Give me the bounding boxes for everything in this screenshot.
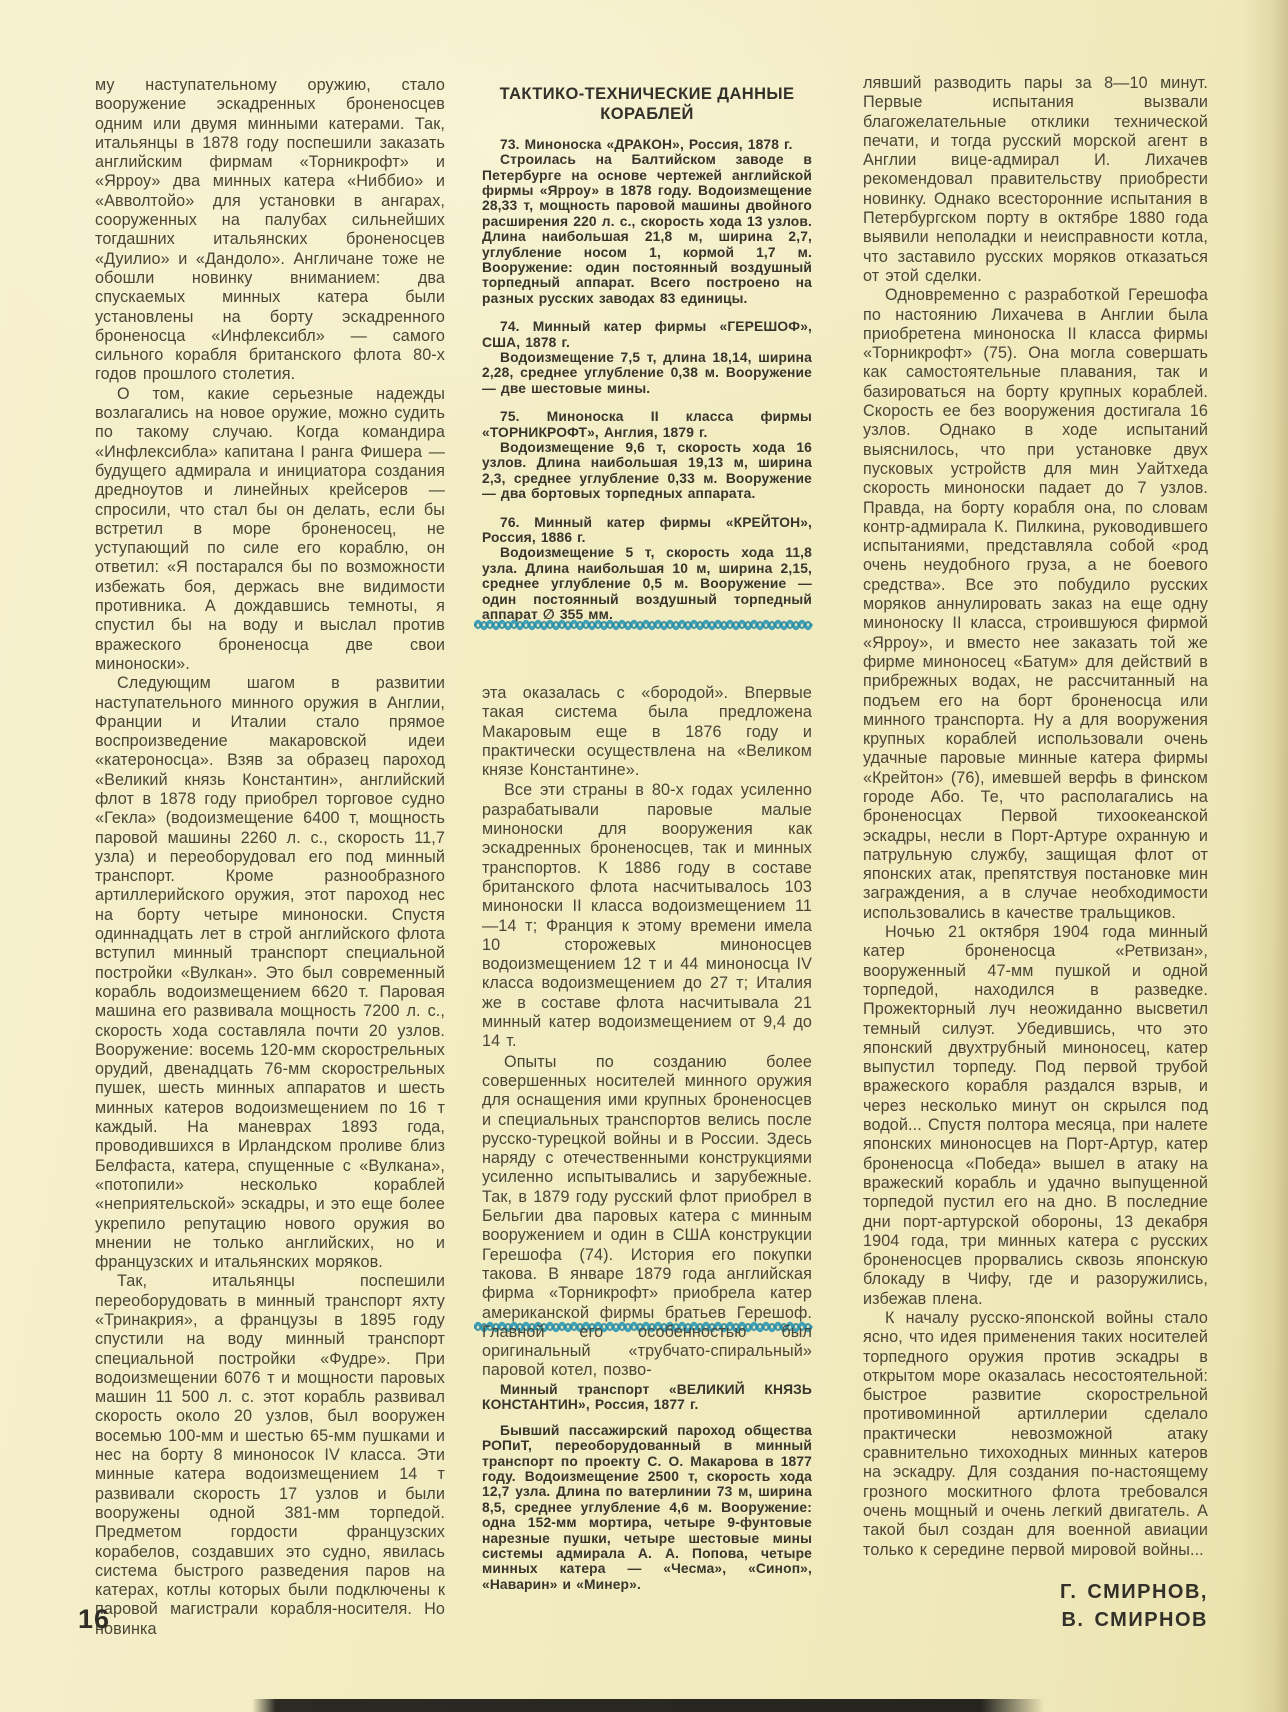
body-paragraph: лявший разводить пары за 8—10 минут. Пер… (863, 74, 1208, 286)
wavy-divider (474, 616, 816, 632)
spec-entry-title: 74. Минный катер фирмы «ГЕРЕШОФ», США, 1… (482, 319, 812, 350)
page-number: 16 (78, 1604, 110, 1635)
ship-spec-entry: 73. Миноноска «ДРАКОН», Россия, 1878 г. … (482, 137, 812, 306)
body-paragraph: му наступательному оружию, стало вооруже… (95, 76, 445, 385)
body-paragraph: Одновременно с разработкой Герешофа по н… (863, 286, 1208, 923)
byline: Г. СМИРНОВ, В. СМИРНОВ (863, 1578, 1208, 1634)
ship-spec-entry: 74. Минный катер фирмы «ГЕРЕШОФ», США, 1… (482, 319, 812, 396)
author-name: В. СМИРНОВ (863, 1606, 1208, 1634)
body-paragraph: К началу русско-японской войны стало ясн… (863, 1309, 1208, 1560)
left-column: му наступательному оружию, стало вооруже… (95, 76, 445, 1639)
ship-feature-title: Минный транспорт «ВЕЛИКИЙ КНЯЗЬ КОНСТАНТ… (482, 1382, 812, 1413)
spec-entry-body: Водоизмещение 7,5 т, длина 18,14, ширина… (482, 350, 812, 396)
ship-spec-entry: 75. Миноноска II класса фирмы «ТОРНИКРОФ… (482, 409, 812, 501)
body-paragraph: О том, какие серьезные надежды возлагали… (95, 385, 445, 674)
spec-entry-title: 76. Минный катер фирмы «КРЕЙТОН», Россия… (482, 515, 812, 546)
ship-spec-entry: 76. Минный катер фирмы «КРЕЙТОН», Россия… (482, 515, 812, 623)
spec-entry-title: 73. Миноноска «ДРАКОН», Россия, 1878 г. (482, 137, 812, 152)
ship-feature: Минный транспорт «ВЕЛИКИЙ КНЯЗЬ КОНСТАНТ… (482, 1382, 812, 1592)
body-paragraph: Следующим шагом в развитии наступательно… (95, 674, 445, 1272)
body-paragraph: Так, итальянцы поспешили переоборудовать… (95, 1272, 445, 1639)
right-column: лявший разводить пары за 8—10 минут. Пер… (863, 74, 1208, 1634)
middle-column-specs: ТАКТИКО-ТЕХНИЧЕСКИЕ ДАННЫЕ КОРАБЛЕЙ 73. … (482, 70, 812, 635)
spec-entry-title: 75. Миноноска II класса фирмы «ТОРНИКРОФ… (482, 409, 812, 440)
body-paragraph: Опыты по созданию более совершенных носи… (482, 1053, 812, 1381)
spec-entry-body: Водоизмещение 9,6 т, скорость хода 16 уз… (482, 440, 812, 502)
body-paragraph: Ночью 21 октября 1904 года минный катер … (863, 923, 1208, 1309)
middle-column-text: эта оказалась с «бородой». Впервые такая… (482, 684, 812, 1382)
author-name: Г. СМИРНОВ, (863, 1578, 1208, 1606)
body-paragraph: Все эти страны в 80-х годах усиленно раз… (482, 781, 812, 1051)
spec-entry-body: Строилась на Балтийском заводе в Петербу… (482, 152, 812, 306)
ship-feature-body: Бывший пассажирский пароход общества РОП… (482, 1423, 812, 1592)
scan-edge-artifact (252, 1699, 1044, 1712)
section-title: ТАКТИКО-ТЕХНИЧЕСКИЕ ДАННЫЕ КОРАБЛЕЙ (482, 84, 812, 124)
spec-entry-body: Водоизмещение 5 т, скорость хода 11,8 уз… (482, 545, 812, 622)
body-paragraph: эта оказалась с «бородой». Впервые такая… (482, 684, 812, 780)
magazine-page: му наступательному оружию, стало вооруже… (0, 0, 1288, 1712)
